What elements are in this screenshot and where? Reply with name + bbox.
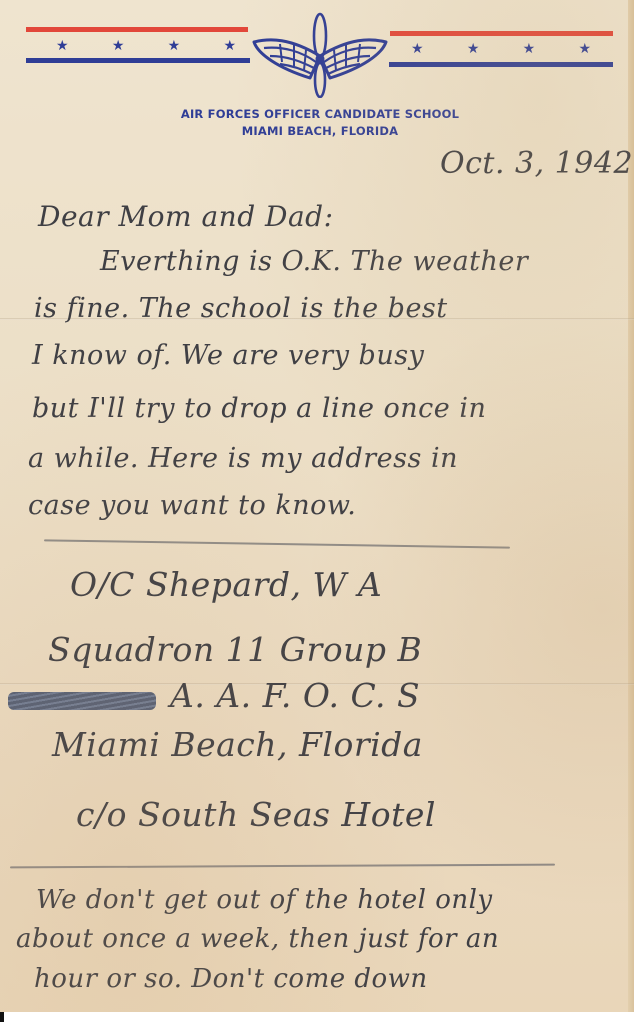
divider-line: [44, 539, 510, 548]
star-icon: ★: [523, 42, 536, 56]
body-line: Everthing is O.K. The weather: [100, 246, 528, 277]
school-name: AIR FORCES OFFICER CANDIDATE SCHOOL: [0, 107, 634, 121]
red-stripe-left: [26, 27, 248, 32]
closing-line: about once a week, then just for an: [16, 924, 499, 954]
letter-date: Oct. 3, 1942: [440, 146, 633, 181]
address-line: A. A. F. O. C. S: [170, 676, 420, 715]
blue-stripe-left: [26, 58, 250, 63]
divider-line: [10, 864, 555, 868]
star-icon: ★: [223, 39, 236, 53]
address-line: O/C Shepard, W A: [70, 565, 382, 604]
star-icon: ★: [411, 42, 424, 56]
address-line: Miami Beach, Florida: [52, 725, 423, 764]
struck-out-word: [8, 692, 156, 710]
body-line: I know of. We are very busy: [32, 340, 424, 371]
closing-line: hour or so. Don't come down: [34, 964, 428, 994]
address-line: Squadron 11 Group B: [48, 630, 422, 669]
school-location: MIAMI BEACH, FLORIDA: [0, 124, 634, 138]
star-icon: ★: [467, 42, 480, 56]
body-line: but I'll try to drop a line once in: [32, 393, 486, 424]
body-line: a while. Here is my address in: [28, 443, 458, 474]
stars-left: ★ ★ ★ ★: [56, 39, 236, 53]
star-icon: ★: [112, 39, 125, 53]
winged-propeller-icon: [250, 8, 390, 98]
body-line: is fine. The school is the best: [34, 293, 448, 324]
red-stripe-right: [390, 31, 613, 36]
address-line: c/o South Seas Hotel: [76, 795, 436, 834]
closing-line: We don't get out of the hotel only: [36, 885, 493, 915]
stars-right: ★ ★ ★ ★: [411, 42, 591, 56]
letter-page: ★ ★ ★ ★ ★ ★ ★ ★ AIR FORCES OFFICER CANDI…: [0, 0, 634, 1012]
salutation: Dear Mom and Dad:: [38, 200, 334, 233]
scan-edge: [0, 1012, 4, 1022]
star-icon: ★: [168, 39, 181, 53]
body-line: case you want to know.: [28, 490, 356, 521]
star-icon: ★: [56, 39, 69, 53]
star-icon: ★: [578, 42, 591, 56]
blue-stripe-right: [389, 62, 613, 67]
